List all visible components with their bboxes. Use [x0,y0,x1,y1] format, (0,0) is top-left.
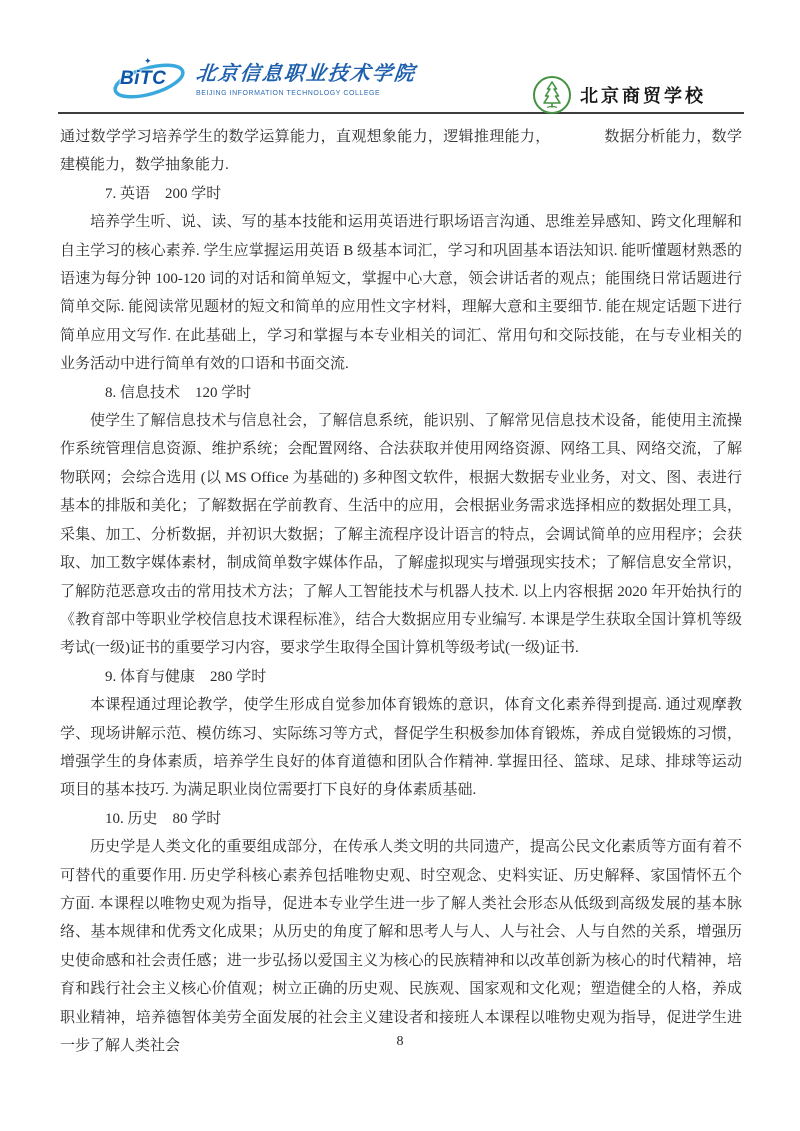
document-heading: 10. 历史 80 学时 [60,805,742,833]
shangmao-school-logo: 北京商贸学校 [533,76,706,114]
pine-tree-icon [533,76,571,114]
document-heading: 7. 英语 200 学时 [60,180,742,208]
document-paragraph: 使学生了解信息技术与信息社会，了解信息系统，能识别、了解常见信息技术设备，能使用… [60,407,742,663]
document-body: 通过数学学习培养学生的数学运算能力，直观想象能力，逻辑推理能力， 数据分析能力，… [60,123,742,1060]
bitc-logo-text: 北京信息职业技术学院 BEIJING INFORMATION TECHNOLOG… [196,60,416,97]
sparkle-icon: ✦ [144,56,152,67]
bitc-chinese-name: 北京信息职业技术学院 [195,62,418,86]
bitc-abbr-text: BiTC [120,68,166,90]
shangmao-school-name: 北京商贸学校 [580,82,706,108]
page-number: 8 [0,1034,800,1050]
document-paragraph: 历史学是人类文化的重要组成部分，在传承人类文明的共同遗产，提高公民文化素质等方面… [60,833,742,1060]
document-paragraph: 本课程通过理论教学，使学生形成自觉参加体育锻炼的意识，体育文化素养得到提高. 通… [60,691,742,805]
document-paragraph: 通过数学学习培养学生的数学运算能力，直观想象能力，逻辑推理能力， 数据分析能力，… [60,123,742,180]
bitc-swoosh-icon: BiTC ✦ [110,60,190,102]
bitc-college-logo: BiTC ✦ 北京信息职业技术学院 BEIJING INFORMATION TE… [110,60,416,102]
page-header: BiTC ✦ 北京信息职业技术学院 BEIJING INFORMATION TE… [58,0,744,114]
document-heading: 9. 体育与健康 280 学时 [60,663,742,691]
document-page: BiTC ✦ 北京信息职业技术学院 BEIJING INFORMATION TE… [0,0,800,1131]
document-paragraph: 培养学生听、说、读、写的基本技能和运用英语进行职场语言沟通、思维差异感知、跨文化… [60,208,742,378]
bitc-english-name: BEIJING INFORMATION TECHNOLOGY COLLEGE [196,90,416,97]
document-heading: 8. 信息技术 120 学时 [60,379,742,407]
